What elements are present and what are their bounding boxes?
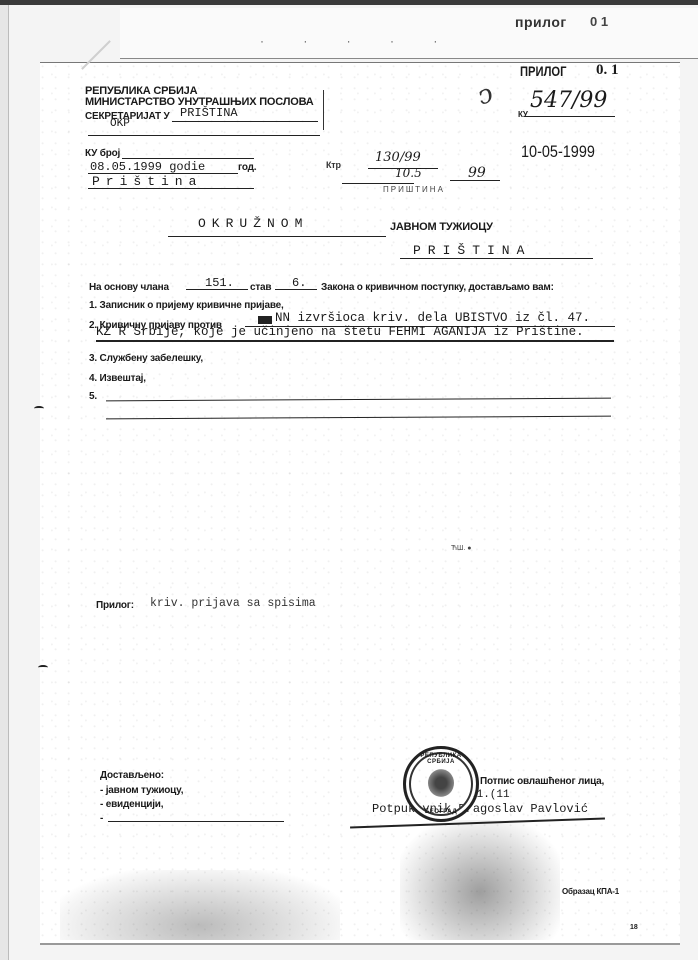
scan-left-edge [0, 5, 9, 960]
secretariat-value: PRIŠTINA [180, 106, 238, 120]
scan-smudge [60, 870, 340, 940]
accusation-line-2: KZ R Srbije, koje je učinjeno na štetu F… [96, 325, 584, 339]
underlying-page: · · · · · прилог 0 1 [120, 8, 698, 59]
underlying-page-marks: · · · · · [260, 34, 455, 48]
list-item: 5. [89, 391, 97, 402]
intro-suffix: Закона о кривичном поступку, достављамо … [321, 282, 554, 293]
bracket-mark [323, 90, 324, 130]
intro-prefix: На основу члана [89, 282, 169, 293]
attachment-value: kriv. prijava sa spisima [150, 597, 316, 610]
registry-number: 130/99 [375, 150, 421, 165]
scan-smudge [400, 820, 560, 940]
stray-mark: ЋШ. ● [451, 545, 472, 552]
court-name: OKRUŽNOM [198, 216, 308, 231]
attachment-heading: ПРИЛОГ [520, 63, 567, 79]
accusation-line-1: NN izvršioca kriv. dela UBISTVO iz čl. 4… [275, 311, 590, 325]
redaction-mark [258, 316, 272, 324]
place-value: Priština [92, 174, 202, 189]
registry-place: ПРИШТИНА [383, 185, 445, 194]
list-item: 3. Службену забелешку, [89, 353, 203, 364]
punch-hole-mark [38, 665, 48, 670]
attachment-label: Прилог: [96, 600, 134, 611]
registry-date: 10.5 [395, 166, 422, 180]
prosecutor-label: ЈАВНОМ ТУЖИОЦУ [390, 221, 493, 233]
underlying-attachment-label: прилог [515, 14, 567, 30]
form-code: Образац КПА-1 [562, 887, 619, 896]
article-number: 151. [205, 276, 234, 290]
punch-hole-mark [34, 406, 44, 411]
delivered-item: - евиденцији, [100, 799, 163, 810]
paragraph-number: 6. [292, 276, 306, 290]
underlying-attachment-number: 0 1 [590, 14, 608, 29]
registry-year: 99 [468, 165, 486, 181]
paragraph-label: став [250, 282, 271, 293]
department-value: OKP [110, 118, 130, 130]
signatory-name: Potpukovnik Dragoslav Pavlović [372, 802, 588, 816]
ku-prefix: КУ [518, 110, 528, 119]
list-item: 1. Записник о пријему кривичне пријаве, [89, 300, 284, 311]
ku-number-label: КУ број [85, 148, 120, 159]
delivered-item: - јавном тужиоцу, [100, 785, 183, 796]
official-seal: РЕПУБЛИКА СРБИЈА БЕОГРАД [403, 746, 479, 822]
document-date: 08.05.1999 godie [90, 160, 205, 174]
registry-prefix: Ктр [326, 160, 341, 170]
page-mark: 18 [630, 924, 638, 931]
coat-of-arms-icon [428, 769, 454, 797]
ku-handwritten-number: 547/99 [530, 88, 607, 113]
prosecutor-city: PRIŠTINA [413, 243, 531, 258]
received-date: 10-05-1999 [521, 142, 595, 162]
attachment-number: 0. 1 [596, 62, 619, 79]
signature-label: Потпис овлашћеног лица, [480, 776, 604, 787]
delivered-label: Достављено: [100, 770, 164, 781]
year-label: год. [238, 162, 256, 173]
list-item: 4. Извештај, [89, 373, 146, 384]
delivered-item: - [100, 813, 103, 824]
scan-top-border [0, 0, 698, 5]
